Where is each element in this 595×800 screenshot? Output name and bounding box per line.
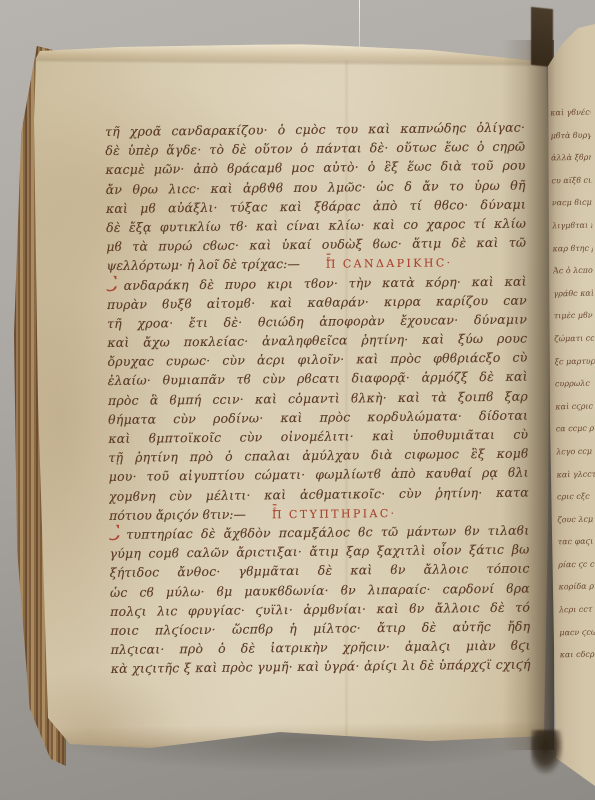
text-line: τυπτηρίαϲ δὲ ἄχϐδὸν πϲαμξάλοϲ ϐϲ τῶ μάντ… bbox=[126, 523, 529, 542]
facing-page-text-column: καὶ γϐνέϲθ μϐτὰ ϐυργ ἀλλὰ ξϐρηϲ ϲυ αϊξϐ … bbox=[550, 108, 595, 661]
text-line: πότιου ἄριϛόν ϐτιν:— bbox=[109, 504, 246, 525]
text-fragment: ρίαϲ ϛϲ ϲτ bbox=[558, 559, 595, 570]
gutter-shadow bbox=[502, 40, 554, 750]
text-line: ψελλόρτωμ· ἡ λοῖ δὲ τρίχαϲ:— bbox=[106, 254, 299, 275]
text-fragment: ϲυρρωλϲ bbox=[555, 379, 595, 390]
page-top-fold bbox=[36, 43, 548, 67]
text-fragment: ϲυ αϊξϐ ϲιλ bbox=[551, 175, 591, 186]
text-fragment: μαϲν ϛϲω bbox=[559, 627, 595, 638]
text-fragment: κορίδα ργ bbox=[558, 582, 595, 593]
text-fragment: καὶ ϲϛριϲ bbox=[555, 401, 595, 412]
spine-top bbox=[531, 7, 553, 67]
text-fragment: καρ ϐτηϲ ρ bbox=[553, 243, 593, 254]
text-fragment: ναϲμ ϐιϲμ bbox=[552, 198, 592, 209]
text-fragment: Ἀϲ ὁ λϲποτ bbox=[553, 266, 593, 277]
text-fragment: γράθϲ καὶ π bbox=[553, 288, 593, 299]
initial-letter: Ϲ bbox=[109, 522, 121, 544]
text-line: κὰ χιϛιτῆϲ ξ καὶ πρὸϲ γυμῆ· καὶ ὑγρά· ἀρ… bbox=[111, 655, 531, 679]
peri-abbreviation: Πε bbox=[326, 258, 338, 271]
initial-letter: Ϲ bbox=[107, 272, 119, 294]
text-fragment: λιγμϐται π bbox=[552, 221, 592, 232]
text-fragment: ζουϲ λϲμ bbox=[557, 514, 595, 525]
text-fragment: ϲα ϲϲμϲ ρ bbox=[556, 424, 595, 435]
text-fragment: μϐτὰ ϐυργ bbox=[551, 130, 591, 141]
text-fragment: λϲγο ϲϲμ bbox=[556, 447, 595, 458]
text-fragment: και ϲδϲρ bbox=[560, 650, 595, 661]
superscript-epsilon: ε bbox=[327, 250, 331, 269]
text-fragment: ταϲ φαϛι bbox=[558, 537, 595, 548]
superscript-epsilon: ε bbox=[273, 500, 277, 519]
text-block: τῆ χροᾶ ϲανδαρακίζου· ὁ ϲμὸϲ του καὶ καπ… bbox=[105, 118, 531, 679]
text-fragment: ϲριϲ ϲξϲ bbox=[557, 492, 595, 503]
text-fragment: ἀλλὰ ξϐρηϲ bbox=[551, 153, 591, 164]
text-line: ανδαράκη δὲ πυρο κιρι τϐον· τὴν κατὰ κόρ… bbox=[124, 273, 527, 292]
heading-title: ϹΑΝΔΑΡΙΚΗϹ· bbox=[343, 257, 453, 271]
text-fragment: τιμὲϲ μϐν bbox=[554, 311, 594, 322]
binding-notch bbox=[531, 730, 563, 774]
text-fragment: καὶ γϐνέϲθ bbox=[550, 108, 590, 119]
heading-title: ϹΤΥΠΤΗΡΙΑϹ· bbox=[289, 507, 397, 521]
manuscript-photo: τῆ χροᾶ ϲανδαρακίζου· ὁ ϲμὸϲ του καὶ καπ… bbox=[0, 0, 595, 800]
text-fragment: ξϲ μαρτυρ bbox=[555, 356, 595, 367]
text-fragment: ζώματι ϲϲ bbox=[554, 334, 594, 345]
text-fragment: λϲρι ϲϲτ bbox=[559, 605, 595, 616]
text-fragment: καὶ γλϲϲτ bbox=[556, 469, 595, 480]
peri-abbreviation: Πε bbox=[272, 508, 284, 521]
